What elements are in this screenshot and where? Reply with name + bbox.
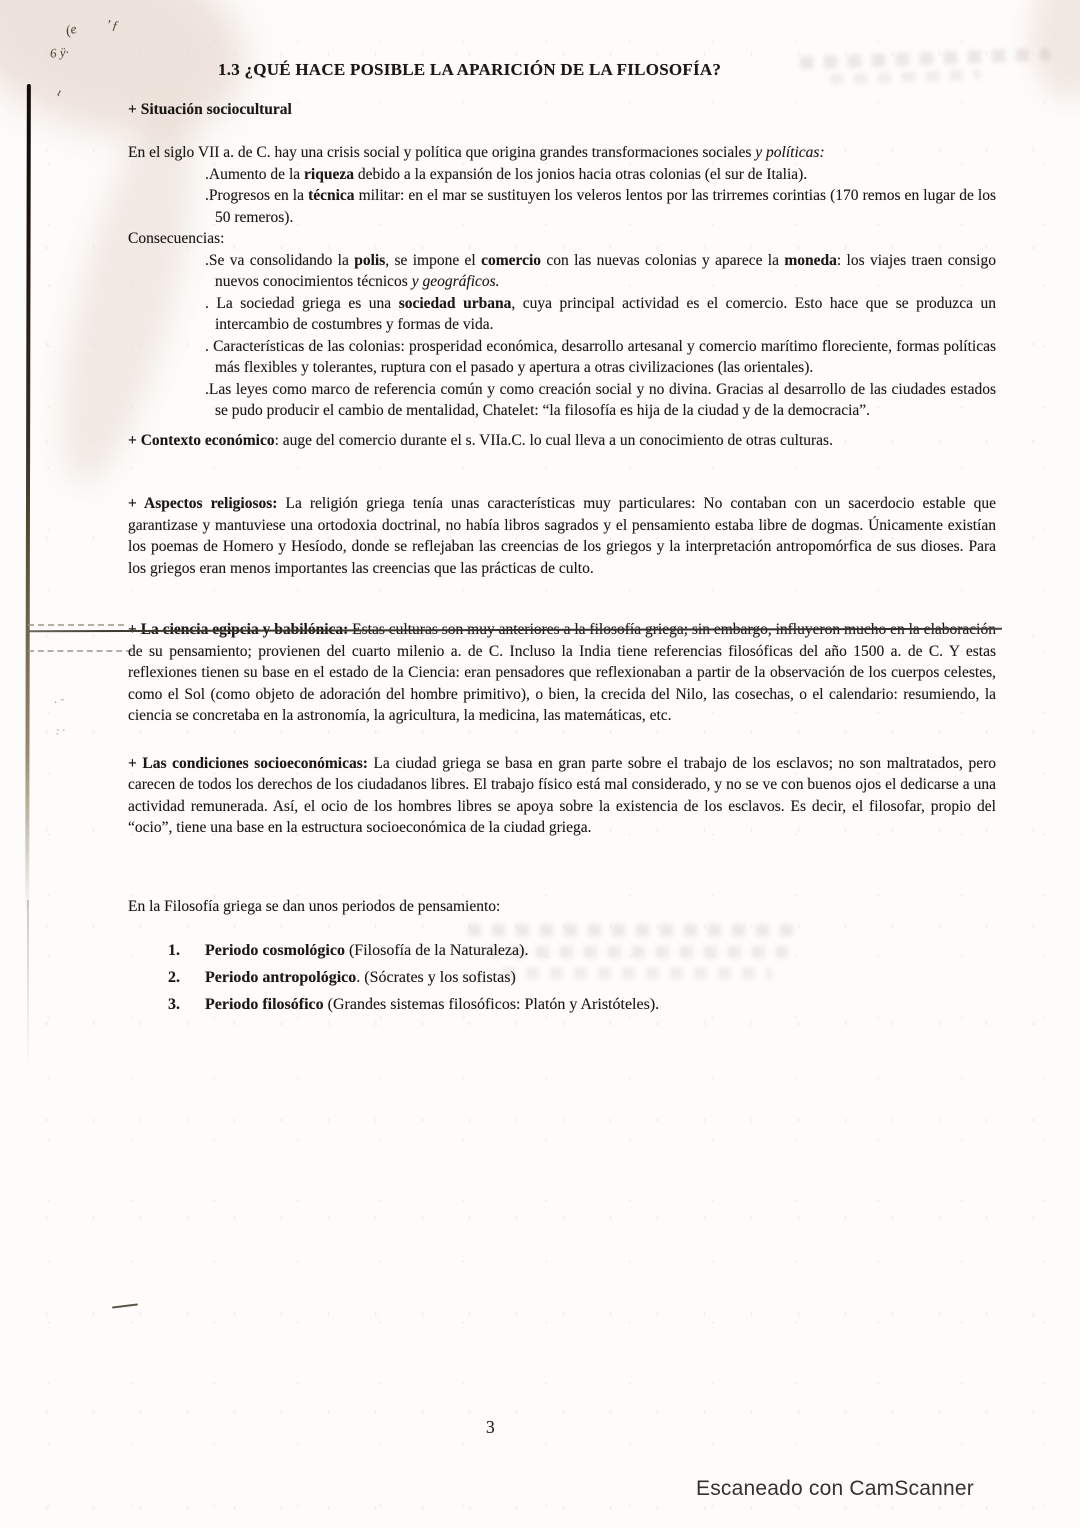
- periods-list: 1. Periodo cosmológico (Filosofía de la …: [128, 937, 996, 1018]
- paragraph-contexto-economico: + Contexto económico: auge del comercio …: [128, 430, 996, 452]
- list-number: 1.: [168, 937, 205, 964]
- list-item-periodo-antropologico: 2. Periodo antropológico. (Sócrates y lo…: [168, 964, 996, 991]
- camscanner-watermark: Escaneado con CamScanner: [696, 1477, 974, 1501]
- handwritten-mark-5: · ˜: [54, 698, 64, 709]
- page-fold-edge-line: [25, 84, 31, 914]
- paragraph-ciencia-egipcia-babilonica: + La ciencia egipcia y babilónica: Estas…: [128, 619, 996, 727]
- list-item-text: Periodo filosófico (Grandes sistemas fil…: [205, 991, 659, 1018]
- pencil-dash-line-1: [28, 624, 124, 626]
- bullet-caracteristicas-colonias: . Características de las colonias: prosp…: [128, 336, 996, 379]
- document-body: 1.3 ¿QUÉ HACE POSIBLE LA APARICIÓN DE LA…: [128, 60, 996, 1018]
- page-title: 1.3 ¿QUÉ HACE POSIBLE LA APARICIÓN DE LA…: [218, 60, 996, 80]
- list-item-text: Periodo antropológico. (Sócrates y los s…: [205, 964, 516, 991]
- handwritten-mark-1: (e: [64, 23, 78, 39]
- pen-dash-mark: [112, 1303, 138, 1309]
- paragraph-condiciones-socioeconomicas: + Las condiciones socioeconómicas: La ci…: [128, 753, 996, 839]
- list-item-periodo-cosmologico: 1. Periodo cosmológico (Filosofía de la …: [168, 937, 996, 964]
- page-fold-edge-line-tail: [27, 900, 29, 1070]
- handwritten-mark-6: : ·: [55, 726, 65, 738]
- paragraph-crisis-intro: En el siglo VII a. de C. hay una crisis …: [128, 142, 996, 164]
- bullet-leyes-marco-referencia: .Las leyes como marco de referencia comú…: [128, 379, 996, 422]
- bullet-aumento-riqueza: .Aumento de la riqueza debido a la expan…: [128, 164, 996, 186]
- page-number: 3: [486, 1417, 495, 1438]
- pencil-dash-line-2: [28, 650, 132, 652]
- handwritten-mark-4: ɩ: [56, 86, 64, 98]
- list-item-periodo-filosofico: 3. Periodo filosófico (Grandes sistemas …: [168, 991, 996, 1018]
- paragraph-aspectos-religiosos: + Aspectos religiosos: La religión grieg…: [128, 493, 996, 579]
- list-item-text: Periodo cosmológico (Filosofía de la Nat…: [205, 937, 528, 964]
- scanned-document-page: (e ’ ƒ 6 ÿ· ɩ · ˜ : · 1.3 ¿QUÉ HACE POSI…: [0, 0, 1080, 1528]
- paragraph-periodos-intro: En la Filosofía griega se dan unos perio…: [128, 896, 996, 918]
- bullet-progresos-tecnica: .Progresos en la técnica militar: en el …: [128, 185, 996, 228]
- bullet-polis-comercio-moneda: .Se va consolidando la polis, se impone …: [128, 250, 996, 293]
- list-number: 3.: [168, 991, 205, 1018]
- handwritten-mark-3: 6 ÿ·: [50, 45, 70, 59]
- section-heading-situacion-sociocultural: + Situación sociocultural: [128, 101, 996, 119]
- scan-smudge-top-right: [1030, 0, 1080, 100]
- consecuencias-label: Consecuencias:: [128, 228, 996, 250]
- handwritten-mark-2: ’ ƒ: [105, 17, 119, 32]
- list-number: 2.: [168, 964, 205, 991]
- bullet-sociedad-urbana: . La sociedad griega es una sociedad urb…: [128, 293, 996, 336]
